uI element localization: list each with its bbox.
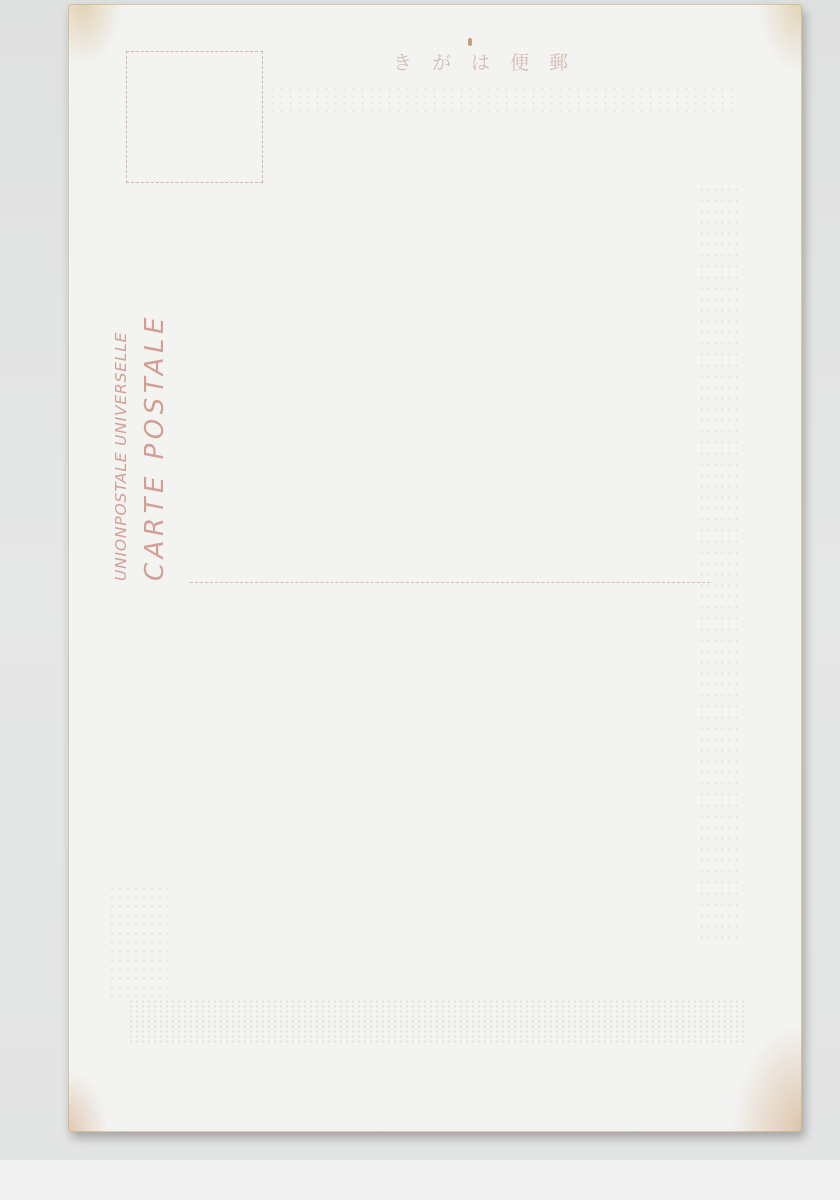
faded-footer-print: [128, 999, 748, 1044]
bottom-margin: [0, 1160, 840, 1200]
faded-border-speckle: [698, 184, 742, 944]
carte-postale-text: CARTE POSTALE: [140, 313, 170, 581]
ink-spot: [468, 38, 472, 46]
union-postale-universelle-text: UNIONPOSTALE UNIVERSELLE: [112, 332, 130, 581]
faded-print-speckle: [268, 86, 738, 114]
divider-line: [190, 582, 710, 583]
faded-corner-speckle: [108, 884, 168, 1004]
postcard-header-japanese: 郵便はがき: [328, 48, 588, 75]
stamp-box: [126, 51, 263, 183]
postcard: 郵便はがき UNIONPOSTALE UNIVERSELLE CARTE POS…: [68, 4, 802, 1132]
